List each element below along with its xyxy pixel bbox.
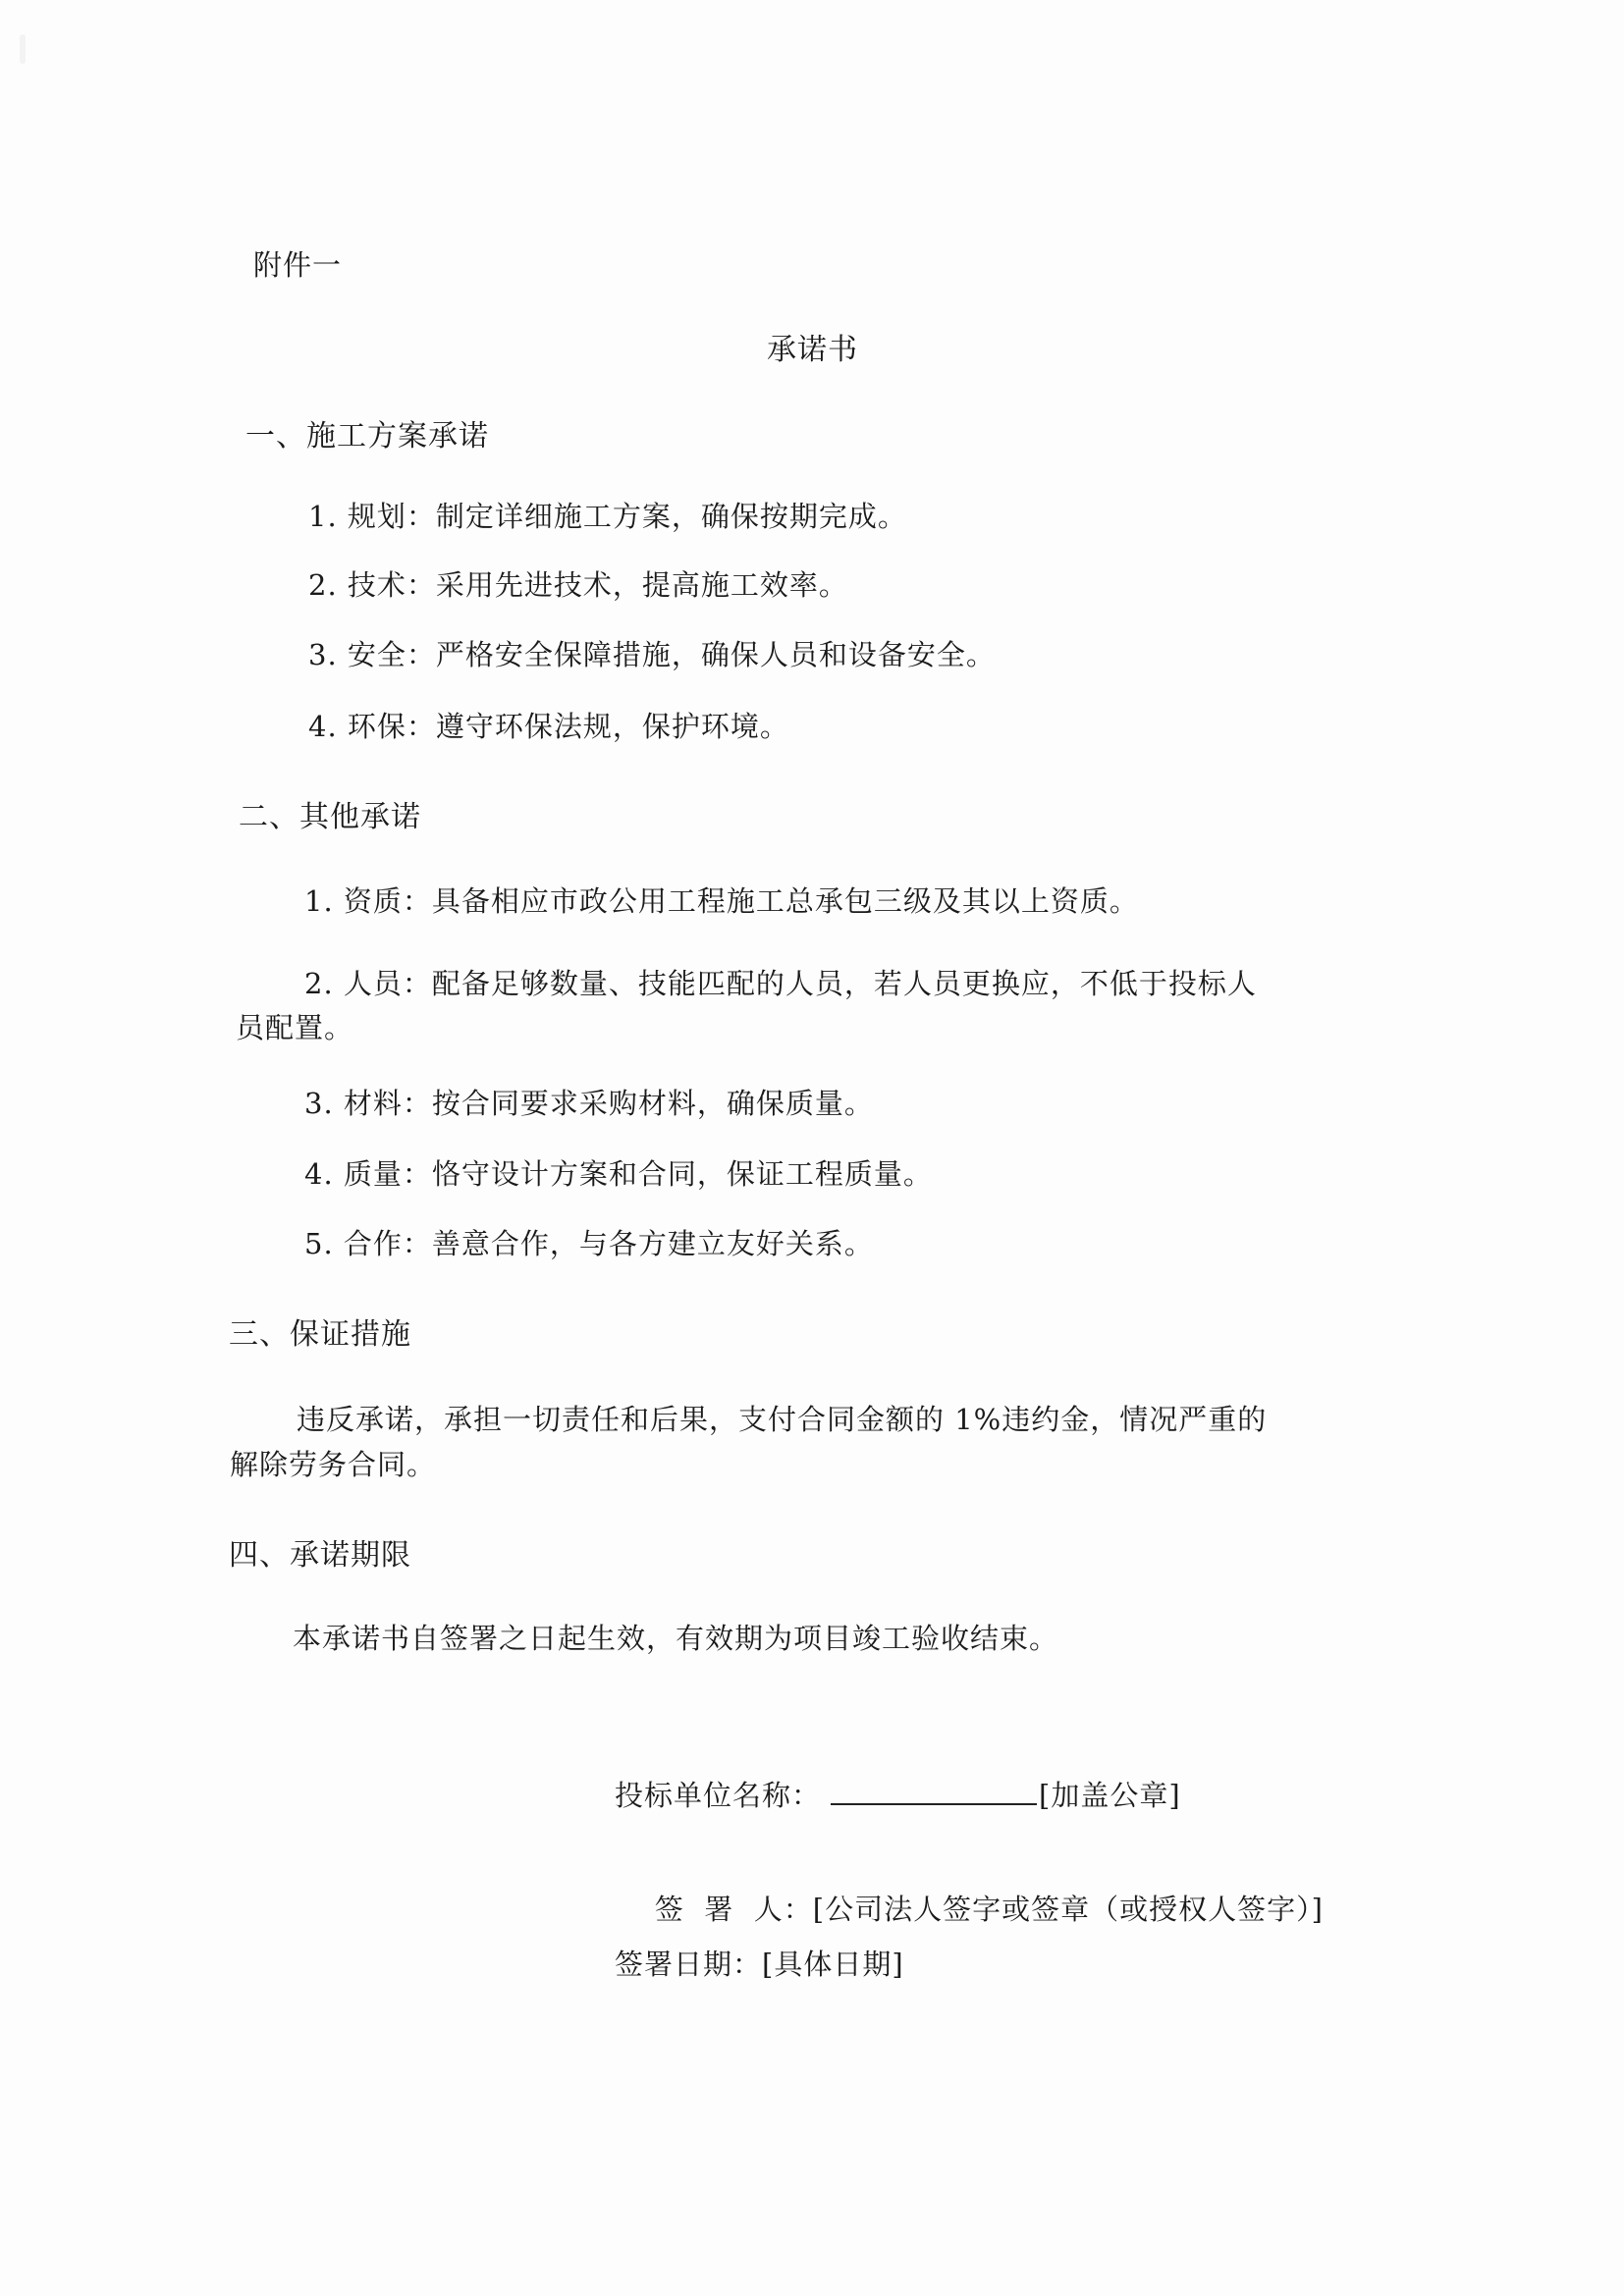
attachment-label: 附件一 — [253, 251, 342, 280]
section-1-item-2: 2. 技术：采用先进技术，提高施工效率。 — [308, 571, 848, 600]
bidder-name-row: 投标单位名称：[加盖公章] — [615, 1782, 1181, 1810]
section-4-paragraph: 本承诺书自签署之日起生效，有效期为项目竣工验收结束。 — [293, 1625, 1058, 1653]
section-4-heading: 四、承诺期限 — [229, 1541, 411, 1571]
section-2-item-5: 5. 合作：善意合作，与各方建立友好关系。 — [304, 1230, 874, 1258]
section-1-heading: 一、施工方案承诺 — [245, 422, 489, 452]
document-page: 附件一 承诺书 一、施工方案承诺 1. 规划：制定详细施工方案，确保按期完成。 … — [0, 0, 1624, 2296]
section-2-heading: 二、其他承诺 — [239, 803, 421, 832]
section-1-item-3: 3. 安全：严格安全保障措施，确保人员和设备安全。 — [308, 641, 996, 669]
section-2-item-3: 3. 材料：按合同要求采购材料，确保质量。 — [304, 1090, 874, 1118]
signer-label: 签 署 人： — [655, 1893, 813, 1926]
sign-date-label: 签署日期： — [615, 1948, 762, 1981]
section-2-item-2: 2. 人员：配备足够数量、技能匹配的人员，若人员更换应，不低于投标人 — [304, 970, 1257, 998]
bidder-name-blank-field[interactable] — [831, 1782, 1037, 1805]
sign-date-value: [具体日期] — [762, 1948, 904, 1981]
signer-value: [公司法人签字或签章（或授权人签字）] — [813, 1893, 1324, 1926]
company-seal-note: [加盖公章] — [1039, 1779, 1181, 1812]
section-2-item-4: 4. 质量：恪守设计方案和合同，保证工程质量。 — [304, 1160, 933, 1189]
section-3-heading: 三、保证措施 — [229, 1320, 411, 1350]
bidder-name-label: 投标单位名称： — [615, 1779, 821, 1812]
signer-row: 签 署 人：[公司法人签字或签章（或授权人签字）] — [615, 1867, 1324, 1952]
section-1-item-1: 1. 规划：制定详细施工方案，确保按期完成。 — [308, 503, 907, 531]
section-2-item-2-continuation: 员配置。 — [236, 1014, 353, 1042]
section-2-item-1: 1. 资质：具备相应市政公用工程施工总承包三级及其以上资质。 — [304, 887, 1139, 916]
section-3-paragraph-line-2: 解除劳务合同。 — [230, 1451, 436, 1479]
scan-artifact — [20, 34, 26, 64]
section-1-item-4: 4. 环保：遵守环保法规，保护环境。 — [308, 713, 789, 741]
sign-date-row: 签署日期：[具体日期] — [615, 1950, 904, 1979]
document-title: 承诺书 — [767, 336, 858, 365]
section-3-paragraph-line-1: 违反承诺，承担一切责任和后果，支付合同金额的 1%违约金，情况严重的 — [297, 1406, 1267, 1434]
